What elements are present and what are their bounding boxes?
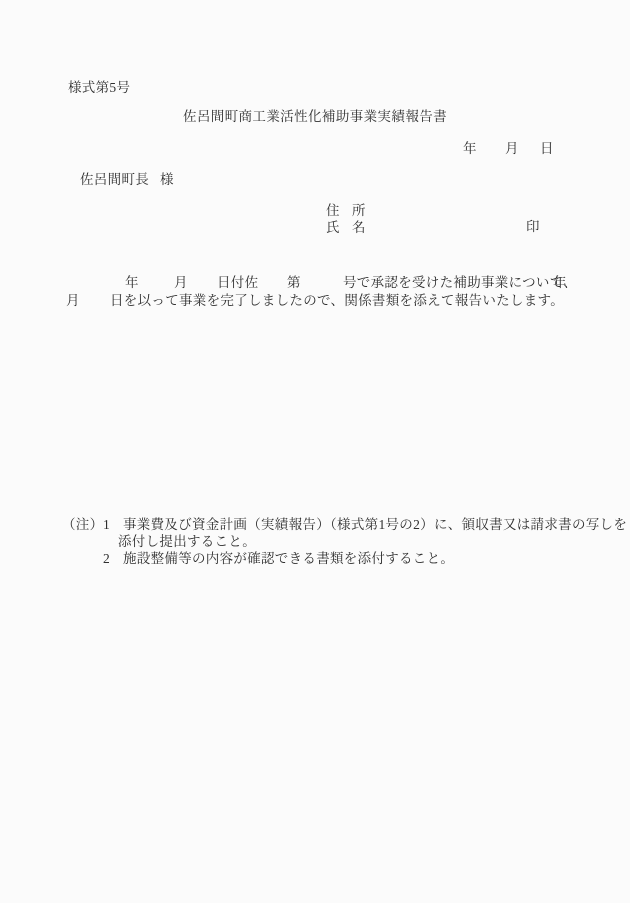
date-year-label: 年: [463, 141, 477, 156]
body-line1-month-label: 月: [174, 275, 188, 290]
body-line1-year-label: 年: [125, 275, 139, 290]
address-label-first: 住: [326, 203, 340, 218]
address-label-second: 所: [352, 203, 366, 218]
addressee-name: 佐呂間町長: [80, 172, 149, 187]
body-line1-approval-text: 号で承認を受けた補助事業について、: [343, 275, 577, 290]
body-line1-dai-label: 第: [287, 275, 301, 290]
name-label-second: 名: [352, 220, 366, 235]
date-day-label: 日: [540, 141, 554, 156]
body-line1-trailing-year-label: 年: [553, 275, 567, 290]
note-item2-text-line1: 施設整備等の内容が確認できる書類を添付すること。: [123, 551, 454, 566]
name-label-first: 氏: [326, 220, 340, 235]
notes-label: （注）: [62, 517, 103, 532]
note-item1-text-line2: 添付し提出すること。: [118, 534, 256, 549]
document-title: 佐呂間町商工業活性化補助事業実績報告書: [0, 109, 630, 124]
form-number: 様式第5号: [68, 80, 130, 95]
document-page: 様式第5号 佐呂間町商工業活性化補助事業実績報告書 年 月 日 佐呂間町長 様 …: [0, 0, 630, 903]
note-item2-number: 2: [103, 551, 110, 566]
body-line2-month-label: 月: [66, 293, 80, 308]
date-month-label: 月: [505, 141, 519, 156]
body-line1-day-prefix: 日付佐: [217, 275, 258, 290]
addressee-honorific: 様: [160, 172, 174, 187]
body-line2-completion-text: 日を以って事業を完了しましたので、関係書類を添えて報告いたします。: [110, 293, 564, 308]
note-item1-text-line1: 事業費及び資金計画（実績報告）（様式第1号の2）に、領収書又は請求書の写しを: [123, 517, 627, 532]
note-item1-number: 1: [103, 517, 110, 532]
seal-label: 印: [526, 219, 540, 234]
